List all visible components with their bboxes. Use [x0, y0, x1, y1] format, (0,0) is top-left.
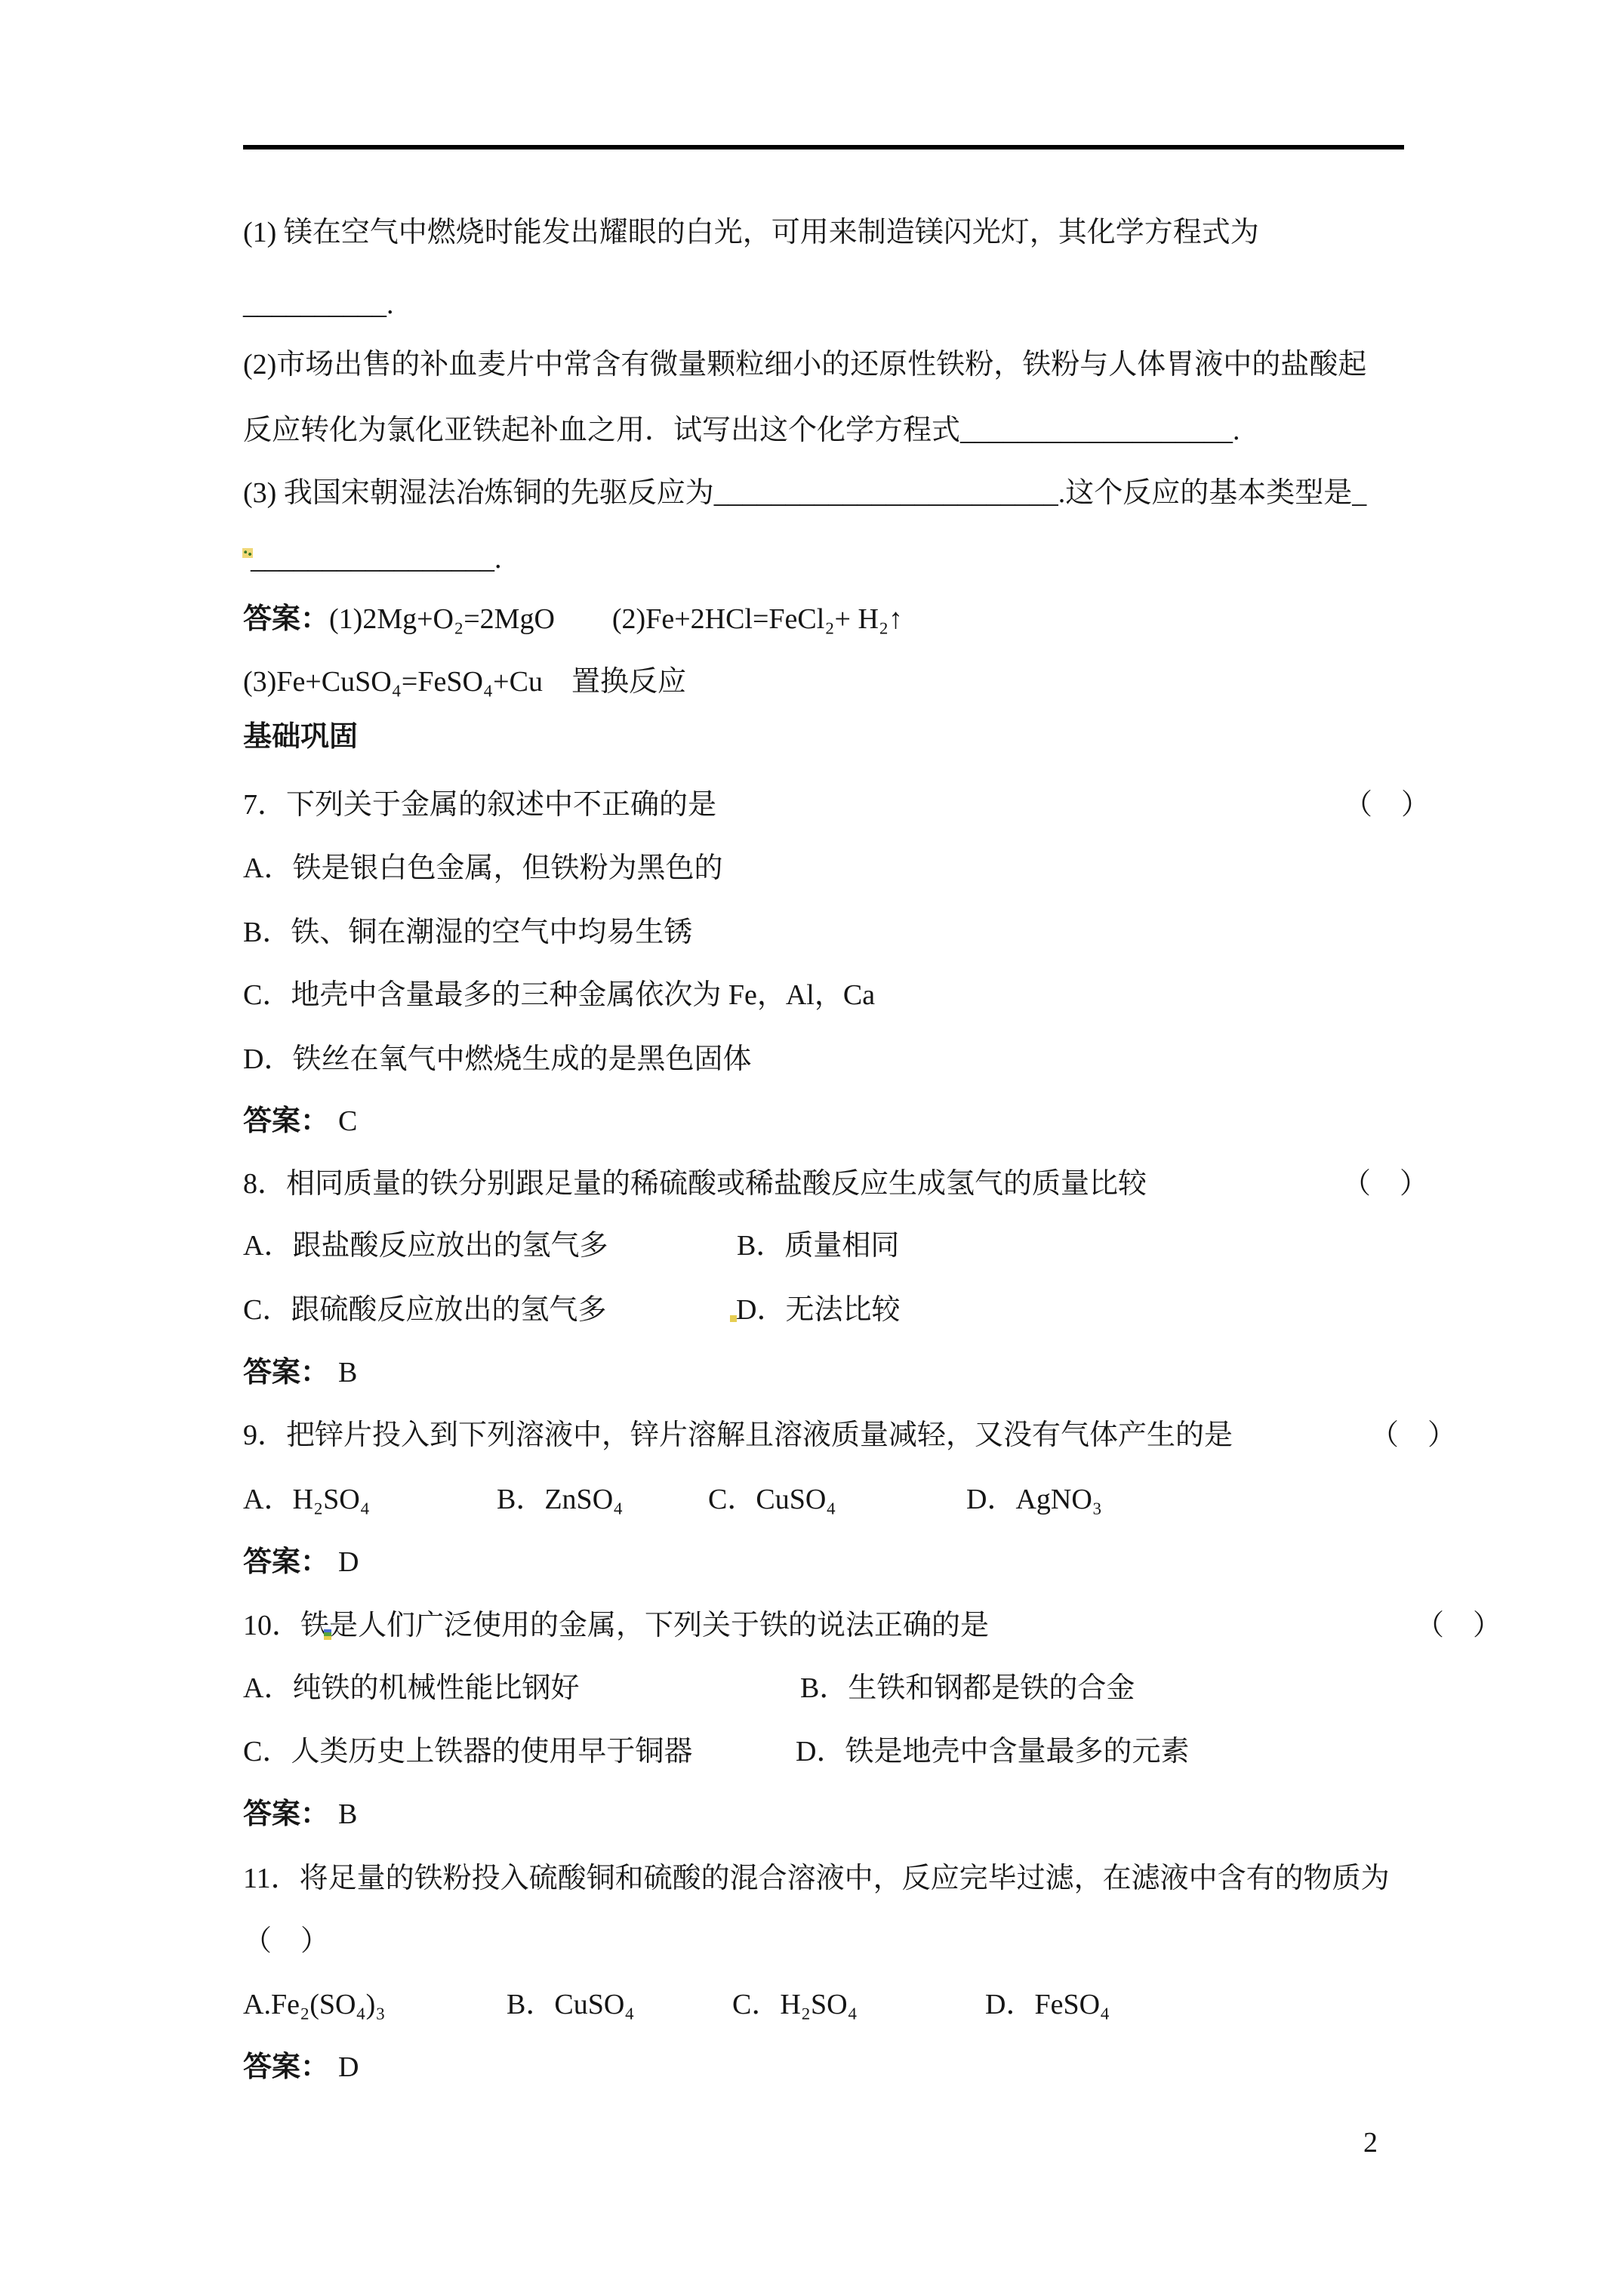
stray-mark-artifact	[730, 1315, 737, 1322]
q9-option-a: A．H₂SO₄	[243, 1478, 370, 1521]
q8-option-c: C．跟硫酸反应放出的氢气多	[243, 1289, 606, 1331]
q11-option-c: C．H₂SO₄	[732, 1983, 858, 2026]
q10-answer-bracket: （ ）	[1415, 1604, 1501, 1647]
q9-option-b: B．ZnSO₄	[497, 1478, 623, 1521]
q7-option-b: B．铁、铜在潮湿的空气中均易生锈	[243, 911, 692, 954]
q6-part2-line2: 反应转化为氯化亚铁起补血之用．试写出这个化学方程式_______________…	[243, 409, 1240, 451]
q10-option-c: C．人类历史上铁器的使用早于铜器	[243, 1730, 692, 1773]
q9-answer: D	[338, 1546, 359, 1578]
q6-part3-line1: (3) 我国宋朝湿法冶炼铜的先驱反应为_____________________…	[243, 472, 1366, 514]
q7-option-c: C．地壳中含量最多的三种金属依次为 Fe，Al，Ca	[243, 974, 875, 1016]
q7-text: 7．下列关于金属的叙述中不正确的是	[243, 784, 716, 826]
q7-answer-bracket: （ ）	[1344, 784, 1430, 826]
q6-answer-equations: (1)2Mg+O₂=2MgO (2)Fe+2HCl=FeCl₂+ H₂↑	[329, 603, 903, 635]
q7-answer: C	[338, 1105, 357, 1137]
answer-label: 答案：	[243, 1546, 329, 1578]
q6-part3-blank: _________________.	[251, 538, 502, 580]
q6-part2-line1: (2)市场出售的补血麦片中常含有微量颗粒细小的还原性铁粉，铁粉与人体胃液中的盐酸…	[243, 344, 1366, 386]
spellcheck-mark-artifact	[324, 1629, 331, 1640]
worksheet-page: (1) 镁在空气中燃烧时能发出耀眼的白光，可用来制造镁闪光灯，其化学方程式为 _…	[0, 0, 1623, 2296]
answer-label: 答案：	[243, 603, 329, 635]
answer-label: 答案：	[243, 1357, 329, 1388]
q9-option-c: C．CuSO₄	[708, 1478, 836, 1521]
answer-label: 答案：	[243, 2051, 329, 2083]
q10-option-a: A．纯铁的机械性能比钢好	[243, 1667, 579, 1709]
q9-option-d: D．AgNO₃	[966, 1478, 1102, 1521]
q11-text: 11．将足量的铁粉投入硫酸铜和硫酸的混合溶液中，反应完毕过滤，在滤液中含有的物质…	[243, 1857, 1390, 1900]
q8-option-d: D．无法比较	[736, 1289, 900, 1331]
q7-answer-line: 答案：C	[243, 1100, 357, 1142]
q9-answer-line: 答案：D	[243, 1541, 359, 1583]
q6-part1-text: (1) 镁在空气中燃烧时能发出耀眼的白光，可用来制造镁闪光灯，其化学方程式为	[243, 211, 1259, 254]
q11-answer-bracket: （ ）	[243, 1920, 329, 1962]
q10-text: 10．铁是人们广泛使用的金属，下列关于铁的说法正确的是	[243, 1604, 989, 1647]
page-number: 2	[1363, 2122, 1378, 2164]
q8-answer-line: 答案：B	[243, 1351, 357, 1394]
q7-option-a: A．铁是银白色金属，但铁粉为黑色的	[243, 847, 722, 889]
answer-label: 答案：	[243, 1798, 329, 1830]
q11-answer-line: 答案：D	[243, 2046, 359, 2088]
q6-part1-blank: __________.	[243, 283, 394, 325]
q8-option-b: B．质量相同	[737, 1225, 899, 1267]
q11-answer: D	[338, 2051, 359, 2083]
q10-answer-line: 答案：B	[243, 1793, 357, 1835]
q11-option-b: B．CuSO₄	[507, 1983, 635, 2026]
q11-option-a: A.Fe₂(SO₄)₃	[243, 1983, 386, 2026]
q11-option-d: D．FeSO₄	[985, 1983, 1110, 2026]
q8-answer: B	[338, 1357, 357, 1388]
header-rule	[243, 145, 1404, 149]
q7-option-d: D．铁丝在氧气中燃烧生成的是黑色固体	[243, 1038, 751, 1080]
q10-answer: B	[338, 1798, 357, 1830]
section-heading: 基础巩固	[243, 716, 358, 758]
q9-answer-bracket: （ ）	[1370, 1414, 1456, 1456]
q10-option-b: B．生铁和钢都是铁的合金	[800, 1667, 1135, 1709]
q8-answer-bracket: （ ）	[1342, 1163, 1428, 1205]
q8-text: 8．相同质量的铁分别跟足量的稀硫酸或稀盐酸反应生成氢气的质量比较	[243, 1163, 1147, 1205]
q8-option-a: A．跟盐酸反应放出的氢气多	[243, 1225, 608, 1267]
answer-label: 答案：	[243, 1105, 329, 1137]
q10-option-d: D．铁是地壳中含量最多的元素	[796, 1730, 1189, 1773]
q6-answer-line2: (3)Fe+CuSO₄=FeSO₄+Cu 置换反应	[243, 661, 686, 703]
q9-text: 9．把锌片投入到下列溶液中，锌片溶解且溶液质量减轻，又没有气体产生的是	[243, 1414, 1233, 1456]
q6-answer-line1: 答案：(1)2Mg+O₂=2MgO (2)Fe+2HCl=FeCl₂+ H₂↑	[243, 598, 903, 640]
